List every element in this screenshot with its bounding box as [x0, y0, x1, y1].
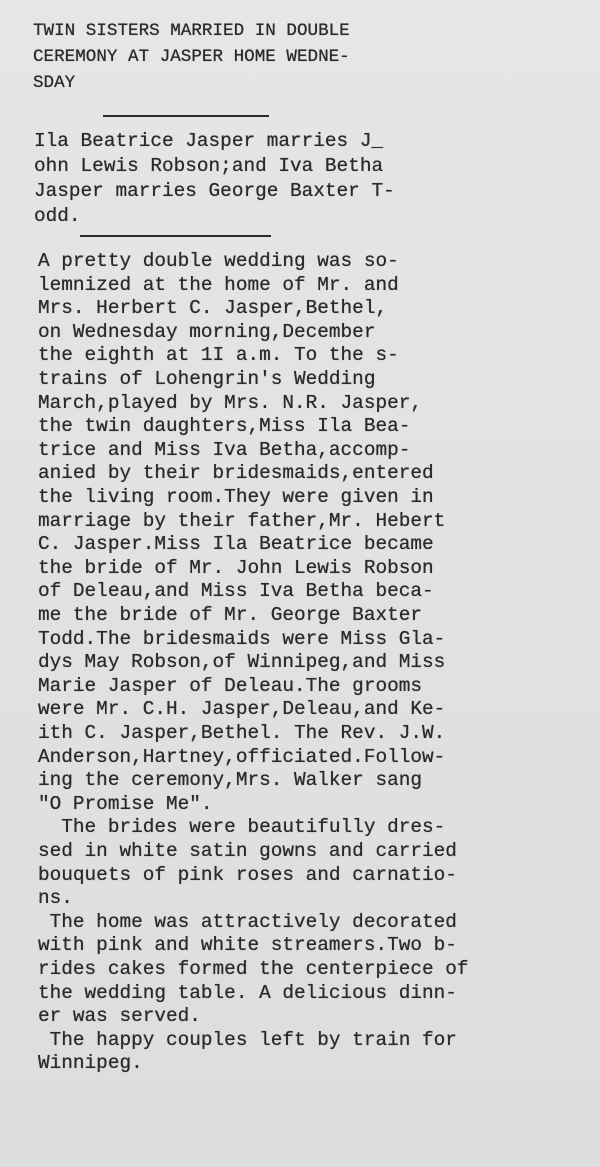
subhead-line: ohn Lewis Robson;and Iva Betha	[34, 155, 383, 179]
body-line: me the bride of Mr. George Baxter	[38, 604, 422, 628]
body-line: The brides were beautifully dres-	[38, 816, 445, 840]
body-line: the living room.They were given in	[38, 486, 434, 510]
body-line: Marie Jasper of Deleau.The grooms	[38, 675, 422, 699]
body-line: "O Promise Me".	[38, 793, 213, 817]
body-line: the twin daughters,Miss Ila Bea-	[38, 415, 410, 439]
body-line: lemnized at the home of Mr. and	[38, 274, 399, 298]
subhead-line: Ila Beatrice Jasper marries J_	[34, 130, 383, 154]
body-line: dys May Robson,of Winnipeg,and Miss	[38, 651, 445, 675]
body-line: bouquets of pink roses and carnatio-	[38, 864, 457, 888]
body-line: the bride of Mr. John Lewis Robson	[38, 557, 434, 581]
body-line: on Wednesday morning,December	[38, 321, 375, 345]
divider-rule	[80, 235, 271, 237]
divider-rule	[103, 115, 269, 117]
body-line: The home was attractively decorated	[38, 911, 457, 935]
body-line: er was served.	[38, 1005, 201, 1029]
body-line: trains of Lohengrin's Wedding	[38, 368, 375, 392]
body-line: A pretty double wedding was so-	[38, 250, 399, 274]
body-line: rides cakes formed the centerpiece of	[38, 958, 469, 982]
body-line: the wedding table. A delicious dinn-	[38, 982, 457, 1006]
headline-line: TWIN SISTERS MARRIED IN DOUBLE	[33, 20, 350, 44]
body-line: March,played by Mrs. N.R. Jasper,	[38, 392, 422, 416]
body-line: were Mr. C.H. Jasper,Deleau,and Ke-	[38, 698, 445, 722]
subhead-line: Jasper marries George Baxter T-	[34, 180, 395, 204]
body-line: Winnipeg.	[38, 1052, 143, 1076]
body-line: anied by their bridesmaids,entered	[38, 462, 434, 486]
body-line: C. Jasper.Miss Ila Beatrice became	[38, 533, 434, 557]
body-line: with pink and white streamers.Two b-	[38, 934, 457, 958]
body-line: Todd.The bridesmaids were Miss Gla-	[38, 628, 445, 652]
body-line: ns.	[38, 887, 73, 911]
body-line: ith C. Jasper,Bethel. The Rev. J.W.	[38, 722, 445, 746]
body-line: the eighth at 1I a.m. To the s-	[38, 344, 399, 368]
body-line: sed in white satin gowns and carried	[38, 840, 457, 864]
subhead-line: odd.	[34, 205, 81, 229]
headline-line: SDAY	[33, 72, 75, 96]
body-line: Mrs. Herbert C. Jasper,Bethel,	[38, 297, 387, 321]
body-line: marriage by their father,Mr. Hebert	[38, 510, 445, 534]
typed-clipping: TWIN SISTERS MARRIED IN DOUBLECEREMONY A…	[0, 0, 600, 1167]
body-line: Anderson,Hartney,officiated.Follow-	[38, 746, 445, 770]
body-line: The happy couples left by train for	[38, 1029, 457, 1053]
body-line: of Deleau,and Miss Iva Betha beca-	[38, 580, 434, 604]
body-line: trice and Miss Iva Betha,accomp-	[38, 439, 410, 463]
body-line: ing the ceremony,Mrs. Walker sang	[38, 769, 422, 793]
headline-line: CEREMONY AT JASPER HOME WEDNE-	[33, 46, 350, 70]
